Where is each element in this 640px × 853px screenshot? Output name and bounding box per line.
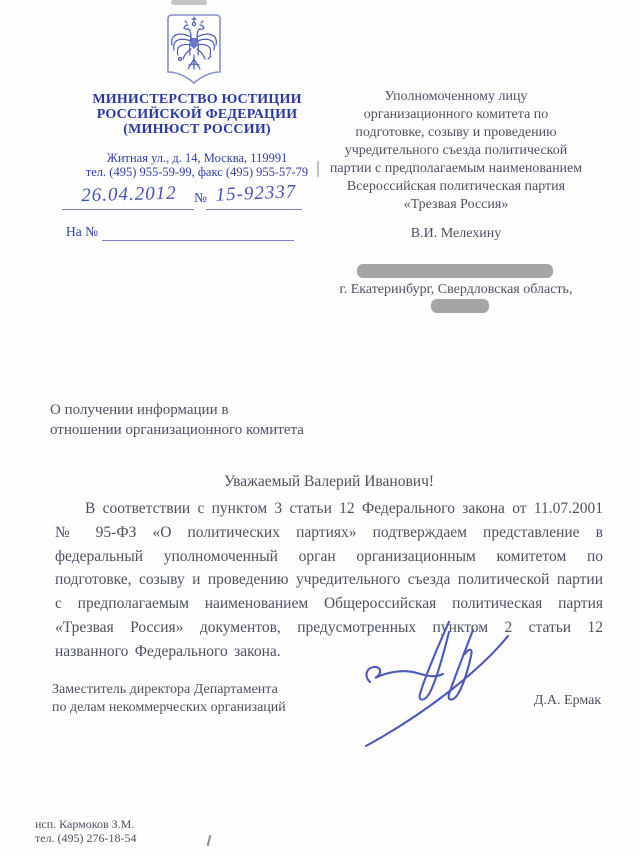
body-paragraph: В соответствии с пунктом 3 статьи 12 Фед…: [55, 497, 603, 664]
executor-phone: тел. (495) 276-18-54: [35, 831, 255, 845]
addressee-name: В.И. Мелехину: [320, 226, 592, 242]
ministry-title-line: (МИНЮСТ РОССИИ): [32, 122, 362, 137]
addressee-line: учредительного съезда политической: [320, 142, 592, 160]
addressee-line: «Трезвая Россия»: [320, 196, 592, 214]
subject-line: О получении информации в: [50, 400, 390, 420]
addressee-line: организационного комитета по: [320, 106, 592, 124]
handwritten-signature-icon: [360, 616, 512, 756]
address-line: Житная ул., д. 14, Москва, 119991: [32, 152, 362, 166]
redacted-text-bar: [357, 264, 553, 278]
signer-position-line: по делам некоммерческих организаций: [52, 699, 352, 717]
addressee-block: Уполномоченному лицу организационного ко…: [320, 88, 592, 214]
salutation: Уважаемый Валерий Иванович!: [55, 473, 603, 491]
number-sign-label: №: [194, 190, 207, 206]
subject-line: отношении организационного комитета: [50, 420, 390, 440]
addressee-line: Уполномоченному лицу: [320, 88, 592, 106]
scan-smudge-artifact: [171, 0, 207, 5]
executor-footer: исп. Кармоков З.М. тел. (495) 276-18-54: [35, 817, 255, 845]
number-underline: [206, 209, 302, 210]
ministry-title: МИНИСТЕРСТВО ЮСТИЦИИ РОССИЙСКОЙ ФЕДЕРАЦИ…: [32, 92, 362, 137]
subject-block: О получении информации в отношении орган…: [50, 400, 390, 440]
signer-position-line: Заместитель директора Департамента: [52, 681, 352, 699]
address-line: тел. (495) 955-59-99, факс (495) 955-57-…: [32, 166, 362, 180]
addressee-line: партии с предполагаемым наименованием: [320, 160, 592, 178]
addressee-line: подготовке, созыву и проведению: [320, 124, 592, 142]
date-underline: [62, 209, 194, 210]
handwritten-outgoing-number: 15-92337: [208, 181, 305, 207]
in-reply-to-label: На №: [66, 224, 98, 240]
letter-page: МИНИСТЕРСТВО ЮСТИЦИИ РОССИЙСКОЙ ФЕДЕРАЦИ…: [0, 0, 640, 853]
redacted-text-bar: [431, 299, 489, 313]
addressee-city: г. Екатеринбург, Свердловская область,: [320, 282, 592, 298]
addressee-line: Всероссийская политическая партия: [320, 178, 592, 196]
russian-coat-of-arms-icon: [165, 13, 223, 91]
signer-name: Д.А. Ермак: [520, 693, 615, 709]
in-reply-to-underline: [102, 240, 294, 241]
signer-position: Заместитель директора Департамента по де…: [52, 681, 352, 716]
executor-name: исп. Кармоков З.М.: [35, 817, 255, 831]
ministry-title-line: МИНИСТЕРСТВО ЮСТИЦИИ: [32, 92, 362, 107]
handwritten-date: 26.04.2012: [64, 182, 195, 207]
ministry-title-line: РОССИЙСКОЙ ФЕДЕРАЦИИ: [32, 107, 362, 122]
ministry-address: Житная ул., д. 14, Москва, 119991 тел. (…: [32, 152, 362, 179]
